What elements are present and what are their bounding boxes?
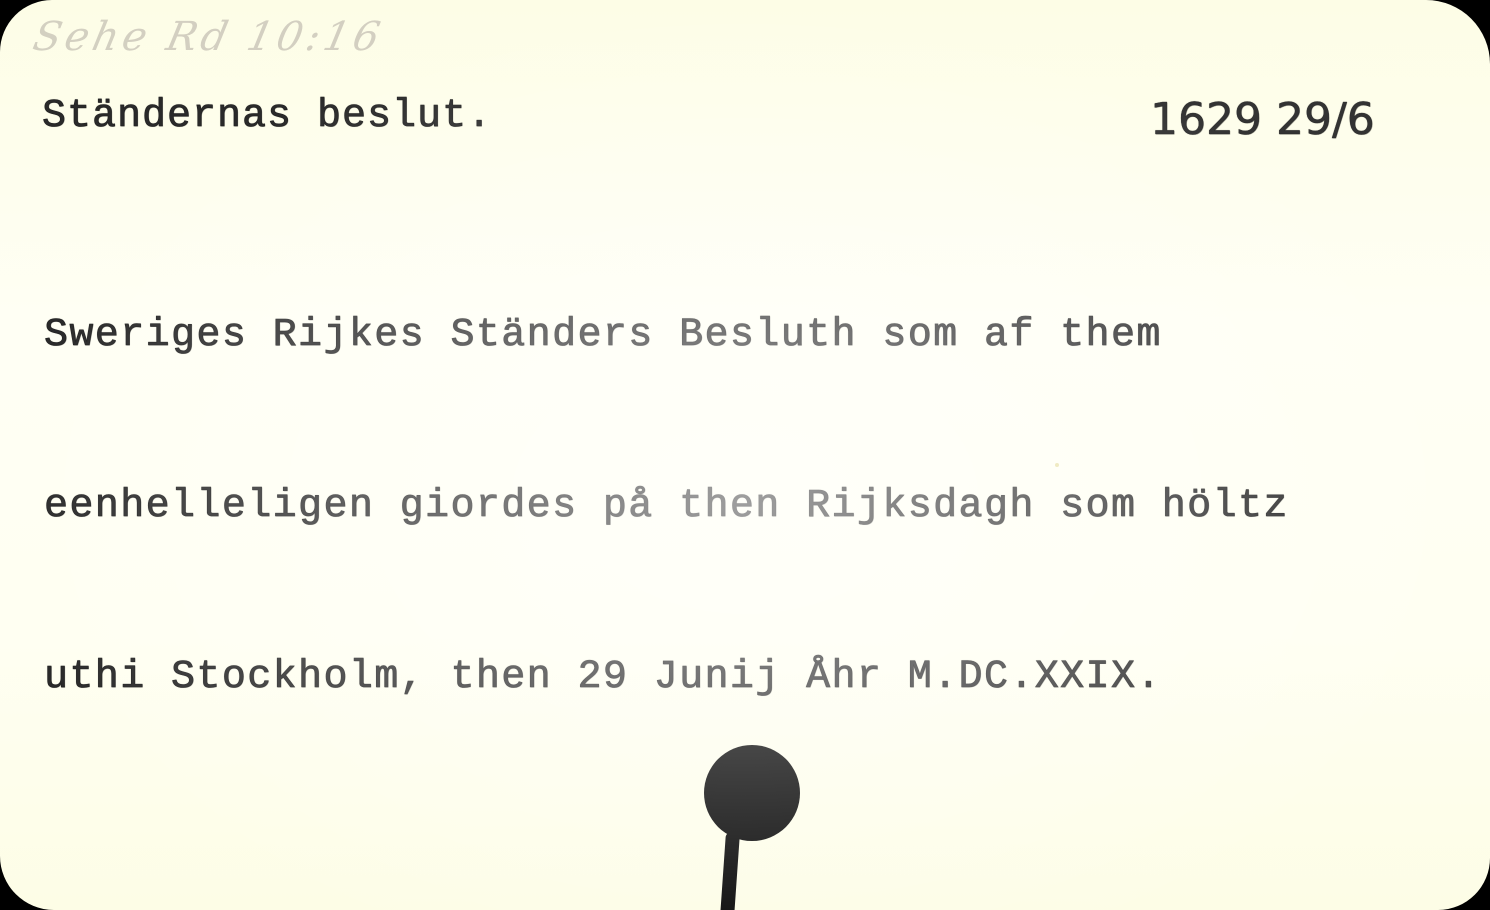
card-title: Ständernas beslut. — [42, 94, 492, 139]
description-line: Sweriges Rijkes Ständers Besluth som af … — [44, 307, 1289, 364]
catalog-card: Sehe Rd 10:16 Ständernas beslut. 1629 29… — [0, 0, 1490, 910]
card-description: Sweriges Rijkes Ständers Besluth som af … — [44, 193, 1289, 820]
paper-speck — [1055, 463, 1059, 467]
punch-hole — [704, 745, 800, 841]
handwritten-shelf-note: Sehe Rd 10:16 — [29, 14, 388, 60]
card-date: 1629 29/6 — [1150, 94, 1375, 145]
description-line: uthi Stockholm, then 29 Junij Åhr M.DC.X… — [44, 649, 1289, 706]
card-rod — [720, 832, 740, 910]
description-line: eenhelleligen giordes på then Rijksdagh … — [44, 478, 1289, 535]
